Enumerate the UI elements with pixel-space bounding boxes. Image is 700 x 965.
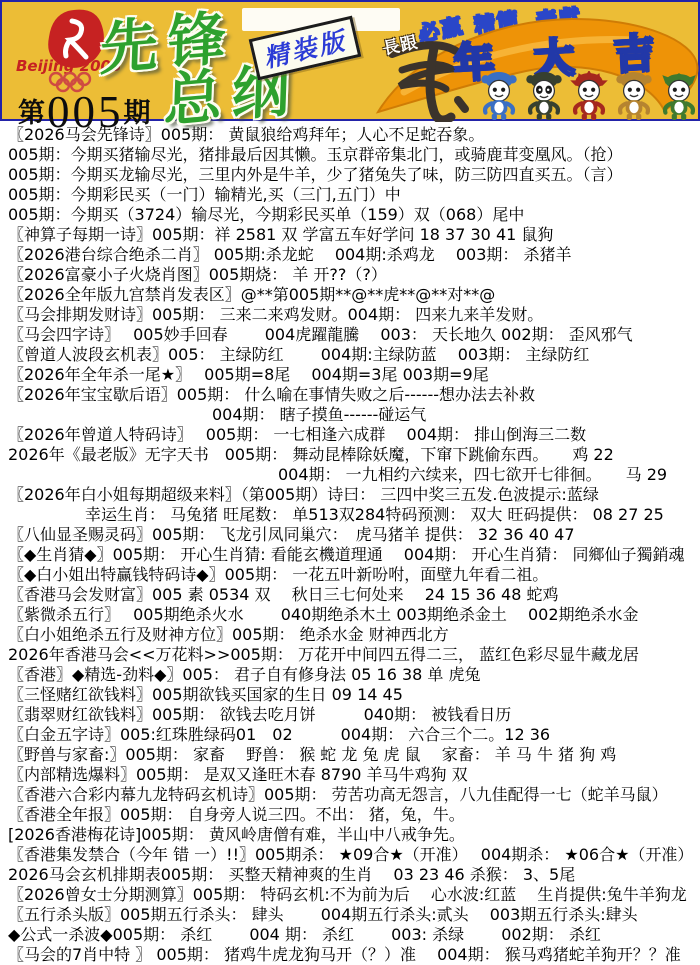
fuwa-nini-icon (658, 71, 700, 121)
line-wave-table: 〖曾道人波段玄机表〗005： 主绿防红 004期:主绿防蓝 003期： 主绿防红 (0, 345, 700, 365)
line-baixiaojie-super: 〖2026年白小姐每期超级来料〗（第005期）诗曰： 三四中奖三五发.色波提示:… (0, 485, 700, 505)
line-hk-fortune: 〖香港马会发财富〗005 素 0534 双 秋日三七何处来 24 15 36 4… (0, 585, 700, 605)
line-eight-immortals: 〖八仙显圣赐灵码〗005期： 飞龙引凤同巢穴： 虎马猪羊 提供： 32 36 4… (0, 525, 700, 545)
line-proverb-004: 004期： 瞎子摸鱼------碰运气 (0, 405, 700, 425)
line-zodiac-guess: 〖◆生肖猜◆〗005期： 开心生肖猜: 看能玄機道理通 004期： 开心生肖猜：… (0, 545, 700, 565)
line-door-tip: 005期：今期彩民买（一门）输精光,买（三门,五门）中 (0, 185, 700, 205)
line-feicui-money: 〖翡翠财红欲钱料〗005期： 欲钱去吃月饼 040期： 被钱看日历 (0, 705, 700, 725)
line-wordless-book-004: 004期： 一九相约六续来，四七欲开七徘徊。 马 29 (0, 465, 700, 485)
line-ninegrid-forbidden: 〖2026全年版九宫禁肖发表区〗@**第005期**@**虎**@**对**@ (0, 285, 700, 305)
line-kill-one-tail: 〖2026年全年杀一尾★〗 005期=8尾 004期=3尾 003期=9尾 (0, 365, 700, 385)
line-wild-vs-domestic: 〖野兽与家畜:〗005期： 家畜 野兽： 猴 蛇 龙 兔 虎 鼠 家畜： 羊 马… (0, 745, 700, 765)
tip-sheet-page: Beijing 2008 先锋 总纲 第005期 精装版 必赢 精簡 奉獻 長跟… (0, 0, 700, 965)
line-sanguai-money: 〖三怪赌红欲钱料〗005期欲钱买国家的生日 09 14 45 (0, 685, 700, 705)
line-proverb-005: 〖2026年宝宝歇后语〗005期： 什么喻在事情失败之后------想办法去补救 (0, 385, 700, 405)
line-tail-tip: 005期：今期买（3724）输尽光，今期彩民买单（159）双（068）尾中 (0, 205, 700, 225)
line-god-calculator-poem: 〖神算子每期一诗〗005期：祥 2581 双 学富五车好学问 18 37 30 … (0, 225, 700, 245)
line-kill-head: 〖五行杀头版〗005期五行杀头： 肆头 004期五行杀头:贰头 003期五行杀头… (0, 905, 700, 925)
line-lose-poem-pig: 005期：今期买猪输尽光，猪排最后因其懒。玉京群帝集北门，或骑鹿茸变凰风。（抢） (0, 145, 700, 165)
line-mrs-zeng-calc: 〖2026曾女士分期测算〗005期： 特码玄机:不为前为后 心水波:红蓝 生肖提… (0, 885, 700, 905)
line-formula-kill-wave: ◆公式一杀波◆005期： 杀红 004 期： 杀红 003: 杀绿 002期： … (0, 925, 700, 945)
line-lose-poem-dragon: 005期：今期买龙输尽光，三里内外是牛羊，少了猪兔失了味，防三防四直买五。（言） (0, 165, 700, 185)
line-internal-scoop: 〖内部精选爆料〗005期： 是双又逢旺木春 8790 羊马牛鸡狗 双 (0, 765, 700, 785)
line-jifa-forbidden: 〖香港集发禁合（今年 错 一）!!〗005期杀： ★09合★（开准） 004期杀… (0, 845, 700, 865)
line-baixiaojie-poem: 〖◆白小姐出特赢钱特码诗◆〗005期： 一花五叶新吩咐，面壁九年看二祖。 (0, 565, 700, 585)
line-hk-select: 〖香港〗◆精选-劲料◆〗005： 君子自有修身法 05 16 38 单 虎兔 (0, 665, 700, 685)
line-kill-two-zodiac: 〖2026港台综合绝杀二肖〗 005期:杀龙蛇 004期:杀鸡龙 003期： 杀… (0, 245, 700, 265)
line-ziwei-five-elements: 〖紫微杀五行〗 005期绝杀火水 040期绝杀木土 003期绝杀金土 002期绝… (0, 605, 700, 625)
line-pioneer-poem: 〖2026马会先锋诗〗005期： 黄鼠狼给鸡拜年；人心不足蛇吞象。 (0, 125, 700, 145)
prediction-sheet: 〖2026马会先锋诗〗005期： 黄鼠狼给鸡拜年；人心不足蛇吞象。 005期：今… (0, 121, 700, 965)
line-wanhua-material: 2026年香港马会<<万花料>>005期： 万花开中间四五得二三， 蓝红色彩尽显… (0, 645, 700, 665)
line-wordless-book-005: 2026年《最老版》无字天书 005期： 舞动昆棒除妖魔，下窜下跳偷东西。 鸡 … (0, 445, 700, 465)
fuwa-jingjing-icon (523, 71, 565, 121)
line-hk-annual-report: 〖香港全年报〗005期： 自身旁人说三四。不出： 猪，兔，牛。 (0, 805, 700, 825)
fuwa-beibei-icon (478, 71, 520, 121)
line-fortune-poem: 〖马会排期发财诗〗005期： 三来二来鸡发财。004期： 四来九来羊发财。 (0, 305, 700, 325)
line-burn-zodiac: 〖2026富豪小子火烧肖图〗005期烧： 羊 开??（?） (0, 265, 700, 285)
fuwa-huanhuan-icon (568, 71, 610, 121)
fuwa-mascot-row (478, 71, 700, 121)
fuwa-yingying-icon (613, 71, 655, 121)
line-zengdaoren-poem: 〖2026年曾道人特码诗〗 005期： 一七相逢六成群 004期： 排山倒海三二… (0, 425, 700, 445)
line-seven-zodiac: 〖马会的7肖中特 〗 005期： 猪鸡牛虎龙狗马开（？）准 004期： 猴马鸡猪… (0, 945, 700, 965)
line-schedule-table: 2026马会玄机排期表005期： 买整天精神爽的生肖 03 23 46 杀猴： … (0, 865, 700, 885)
masthead: Beijing 2008 先锋 总纲 第005期 精装版 必赢 精簡 奉獻 長跟… (0, 0, 700, 121)
line-kill-elements-direction: 〖白小姐绝杀五行及财神方位〗005期： 绝杀水金 财神西北方 (0, 625, 700, 645)
line-lucky-zodiac: 幸运生肖： 马兔猪 旺尾数： 单513双284特码预测： 双大 旺码提供： 08… (0, 505, 700, 525)
line-plum-poem: [2026香港梅花诗]005期： 黄风岭唐僧有难，半山中八戒争先。 (0, 825, 700, 845)
line-four-char-poem: 〖马会四字诗〗 005妙手回春 004虎躍龍騰 003： 天长地久 002期： … (0, 325, 700, 345)
line-platinum-poem: 〖白金五字诗〗005:红珠胜绿码01 02 004期： 六合三个二。12 36 (0, 725, 700, 745)
line-jiulong-poem: 〖香港六合彩内幕九龙特码玄机诗〗005期： 劳苦功高无怨言，八九佳配得一七（蛇羊… (0, 785, 700, 805)
